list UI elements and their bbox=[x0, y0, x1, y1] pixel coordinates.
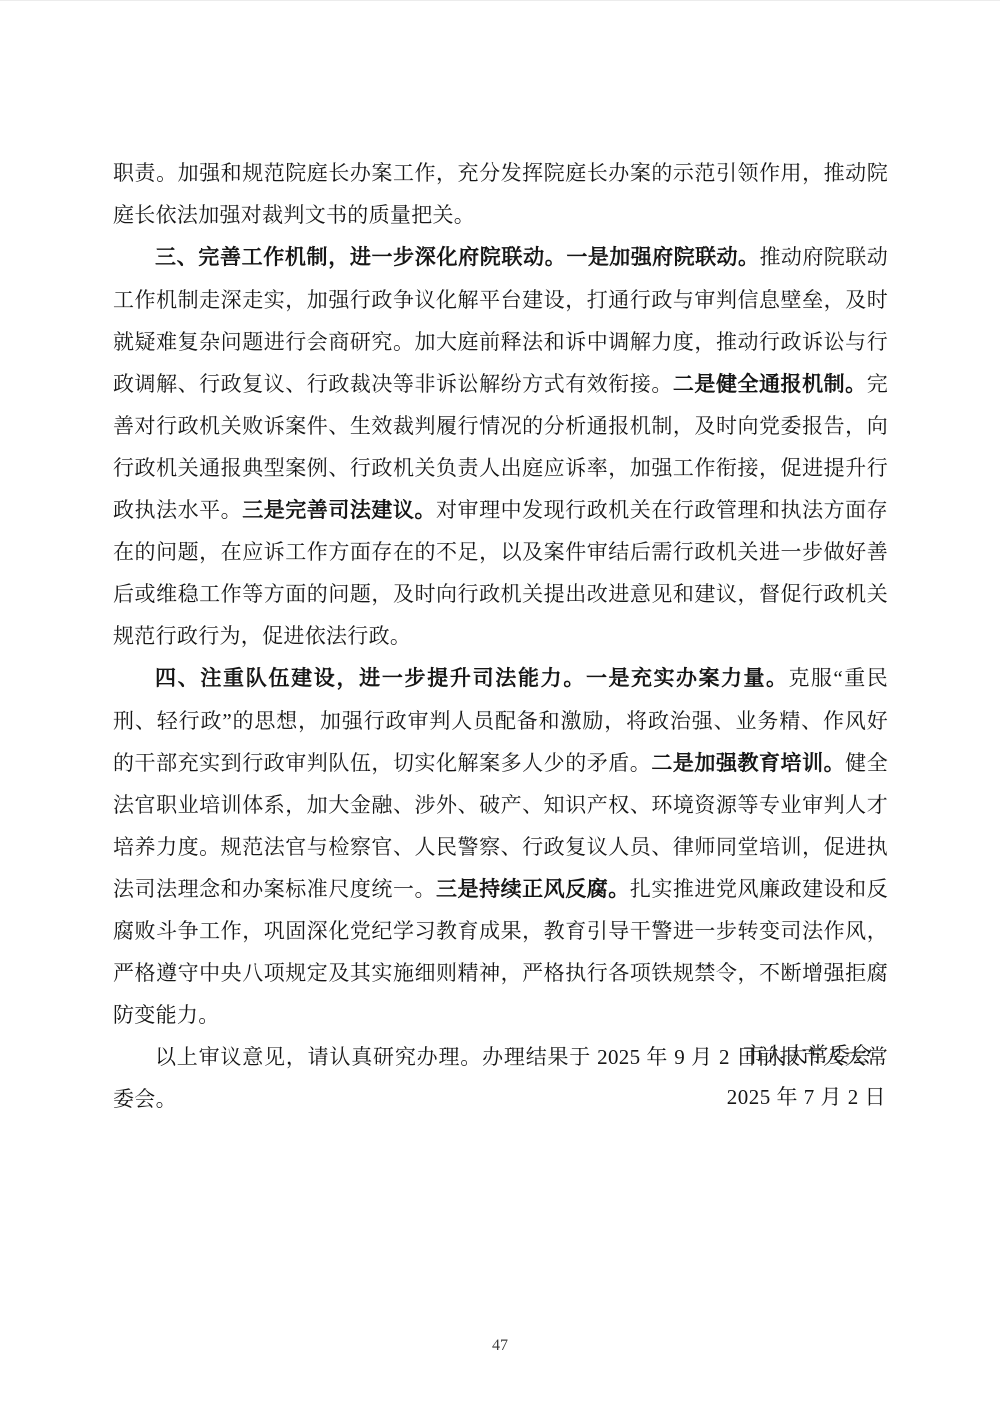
emphasis-run: 二是健全通报机制。 bbox=[673, 372, 867, 396]
emphasis-run: 四、注重队伍建设，进一步提升司法能力。 bbox=[155, 667, 586, 690]
text-run: 职责。加强和规范院庭长办案工作，充分发挥院庭长办案的示范引领作用，推动院庭长依法… bbox=[113, 161, 888, 227]
emphasis-run: 二是加强教育培训。 bbox=[651, 751, 845, 775]
document-body: 职责。加强和规范院庭长办案工作，充分发挥院庭长办案的示范引领作用，推动院庭长依法… bbox=[113, 152, 888, 1120]
signature-block: 市人大常委会 2025 年 7 月 2 日 bbox=[113, 1034, 888, 1118]
paragraph: 三、完善工作机制，进一步深化府院联动。一是加强府院联动。推动府院联动工作机制走深… bbox=[113, 236, 888, 657]
signature-name: 市人大常委会 bbox=[113, 1034, 888, 1076]
signature-date: 2025 年 7 月 2 日 bbox=[113, 1076, 888, 1118]
emphasis-run: 三是持续正风反腐。 bbox=[436, 877, 630, 901]
paragraph: 四、注重队伍建设，进一步提升司法能力。一是充实办案力量。克服“重民刑、轻行政”的… bbox=[113, 657, 888, 1036]
page-number: 47 bbox=[0, 1335, 1000, 1357]
emphasis-run: 一是充实办案力量。 bbox=[586, 666, 788, 690]
document-page: 职责。加强和规范院庭长办案工作，充分发挥院庭长办案的示范引领作用，推动院庭长依法… bbox=[0, 0, 1000, 1416]
paragraph: 职责。加强和规范院庭长办案工作，充分发挥院庭长办案的示范引领作用，推动院庭长依法… bbox=[113, 152, 888, 236]
emphasis-run: 一是加强府院联动。 bbox=[566, 245, 759, 269]
emphasis-run: 三、完善工作机制，进一步深化府院联动。 bbox=[155, 246, 566, 269]
emphasis-run: 三是完善司法建议。 bbox=[242, 498, 436, 522]
